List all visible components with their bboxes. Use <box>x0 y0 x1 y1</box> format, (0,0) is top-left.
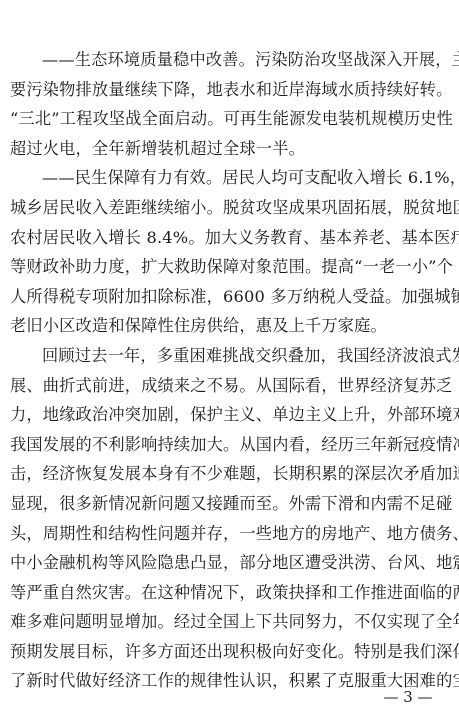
text-line: 等财政补助力度，扩大救助保障对象范围。提高“一老一小”个 <box>10 252 450 282</box>
text-line: 农村居民收入增长 8.4%。加大义务教育、基本养老、基本医疗 <box>10 223 450 253</box>
page-number: — 3 — <box>373 687 443 707</box>
text-line: 要污染物排放量继续下降，地表水和近岸海域水质持续好转。 <box>10 75 450 105</box>
text-line: “三北”工程攻坚战全面启动。可再生能源发电装机规模历史性 <box>10 104 450 134</box>
text-line: 头，周期性和结构性问题并存，一些地方的房地产、地方债务、 <box>10 519 450 549</box>
text-line: 击，经济恢复发展本身有不少难题，长期积累的深层次矛盾加速 <box>10 459 450 489</box>
text-line: 人所得税专项附加扣除标准，6600 多万纳税人受益。加强城镇 <box>10 282 450 312</box>
text-line: 显现，很多新情况新问题又接踵而至。外需下滑和内需不足碰 <box>10 489 450 519</box>
text-line: 回顾过去一年，多重困难挑战交织叠加，我国经济波浪式发 <box>10 341 450 371</box>
document-page: ——生态环境质量稳中改善。污染防治攻坚战深入开展，主 要污染物排放量继续下降，地… <box>10 45 450 696</box>
text-line: 展、曲折式前进，成绩来之不易。从国际看，世界经济复苏乏 <box>10 371 450 401</box>
text-line: ——生态环境质量稳中改善。污染防治攻坚战深入开展，主 <box>10 45 450 75</box>
text-line: 我国发展的不利影响持续加大。从国内看，经历三年新冠疫情冲 <box>10 430 450 460</box>
text-line: 难多难问题明显增加。经过全国上下共同努力，不仅实现了全年 <box>10 607 450 637</box>
text-line: 预期发展目标，许多方面还出现积极向好变化。特别是我们深化 <box>10 637 450 667</box>
text-line: 老旧小区改造和保障性住房供给，惠及上千万家庭。 <box>10 311 450 341</box>
text-line: 中小金融机构等风险隐患凸显，部分地区遭受洪涝、台风、地震 <box>10 548 450 578</box>
text-line: 城乡居民收入差距继续缩小。脱贫攻坚成果巩固拓展，脱贫地区 <box>10 193 450 223</box>
text-line: 等严重自然灾害。在这种情况下，政策抉择和工作推进面临的两 <box>10 578 450 608</box>
text-line: 超过火电，全年新增装机超过全球一半。 <box>10 134 450 164</box>
text-line: 力，地缘政治冲突加剧，保护主义、单边主义上升，外部环境对 <box>10 400 450 430</box>
text-line: ——民生保障有力有效。居民人均可支配收入增长 6.1%， <box>10 163 450 193</box>
